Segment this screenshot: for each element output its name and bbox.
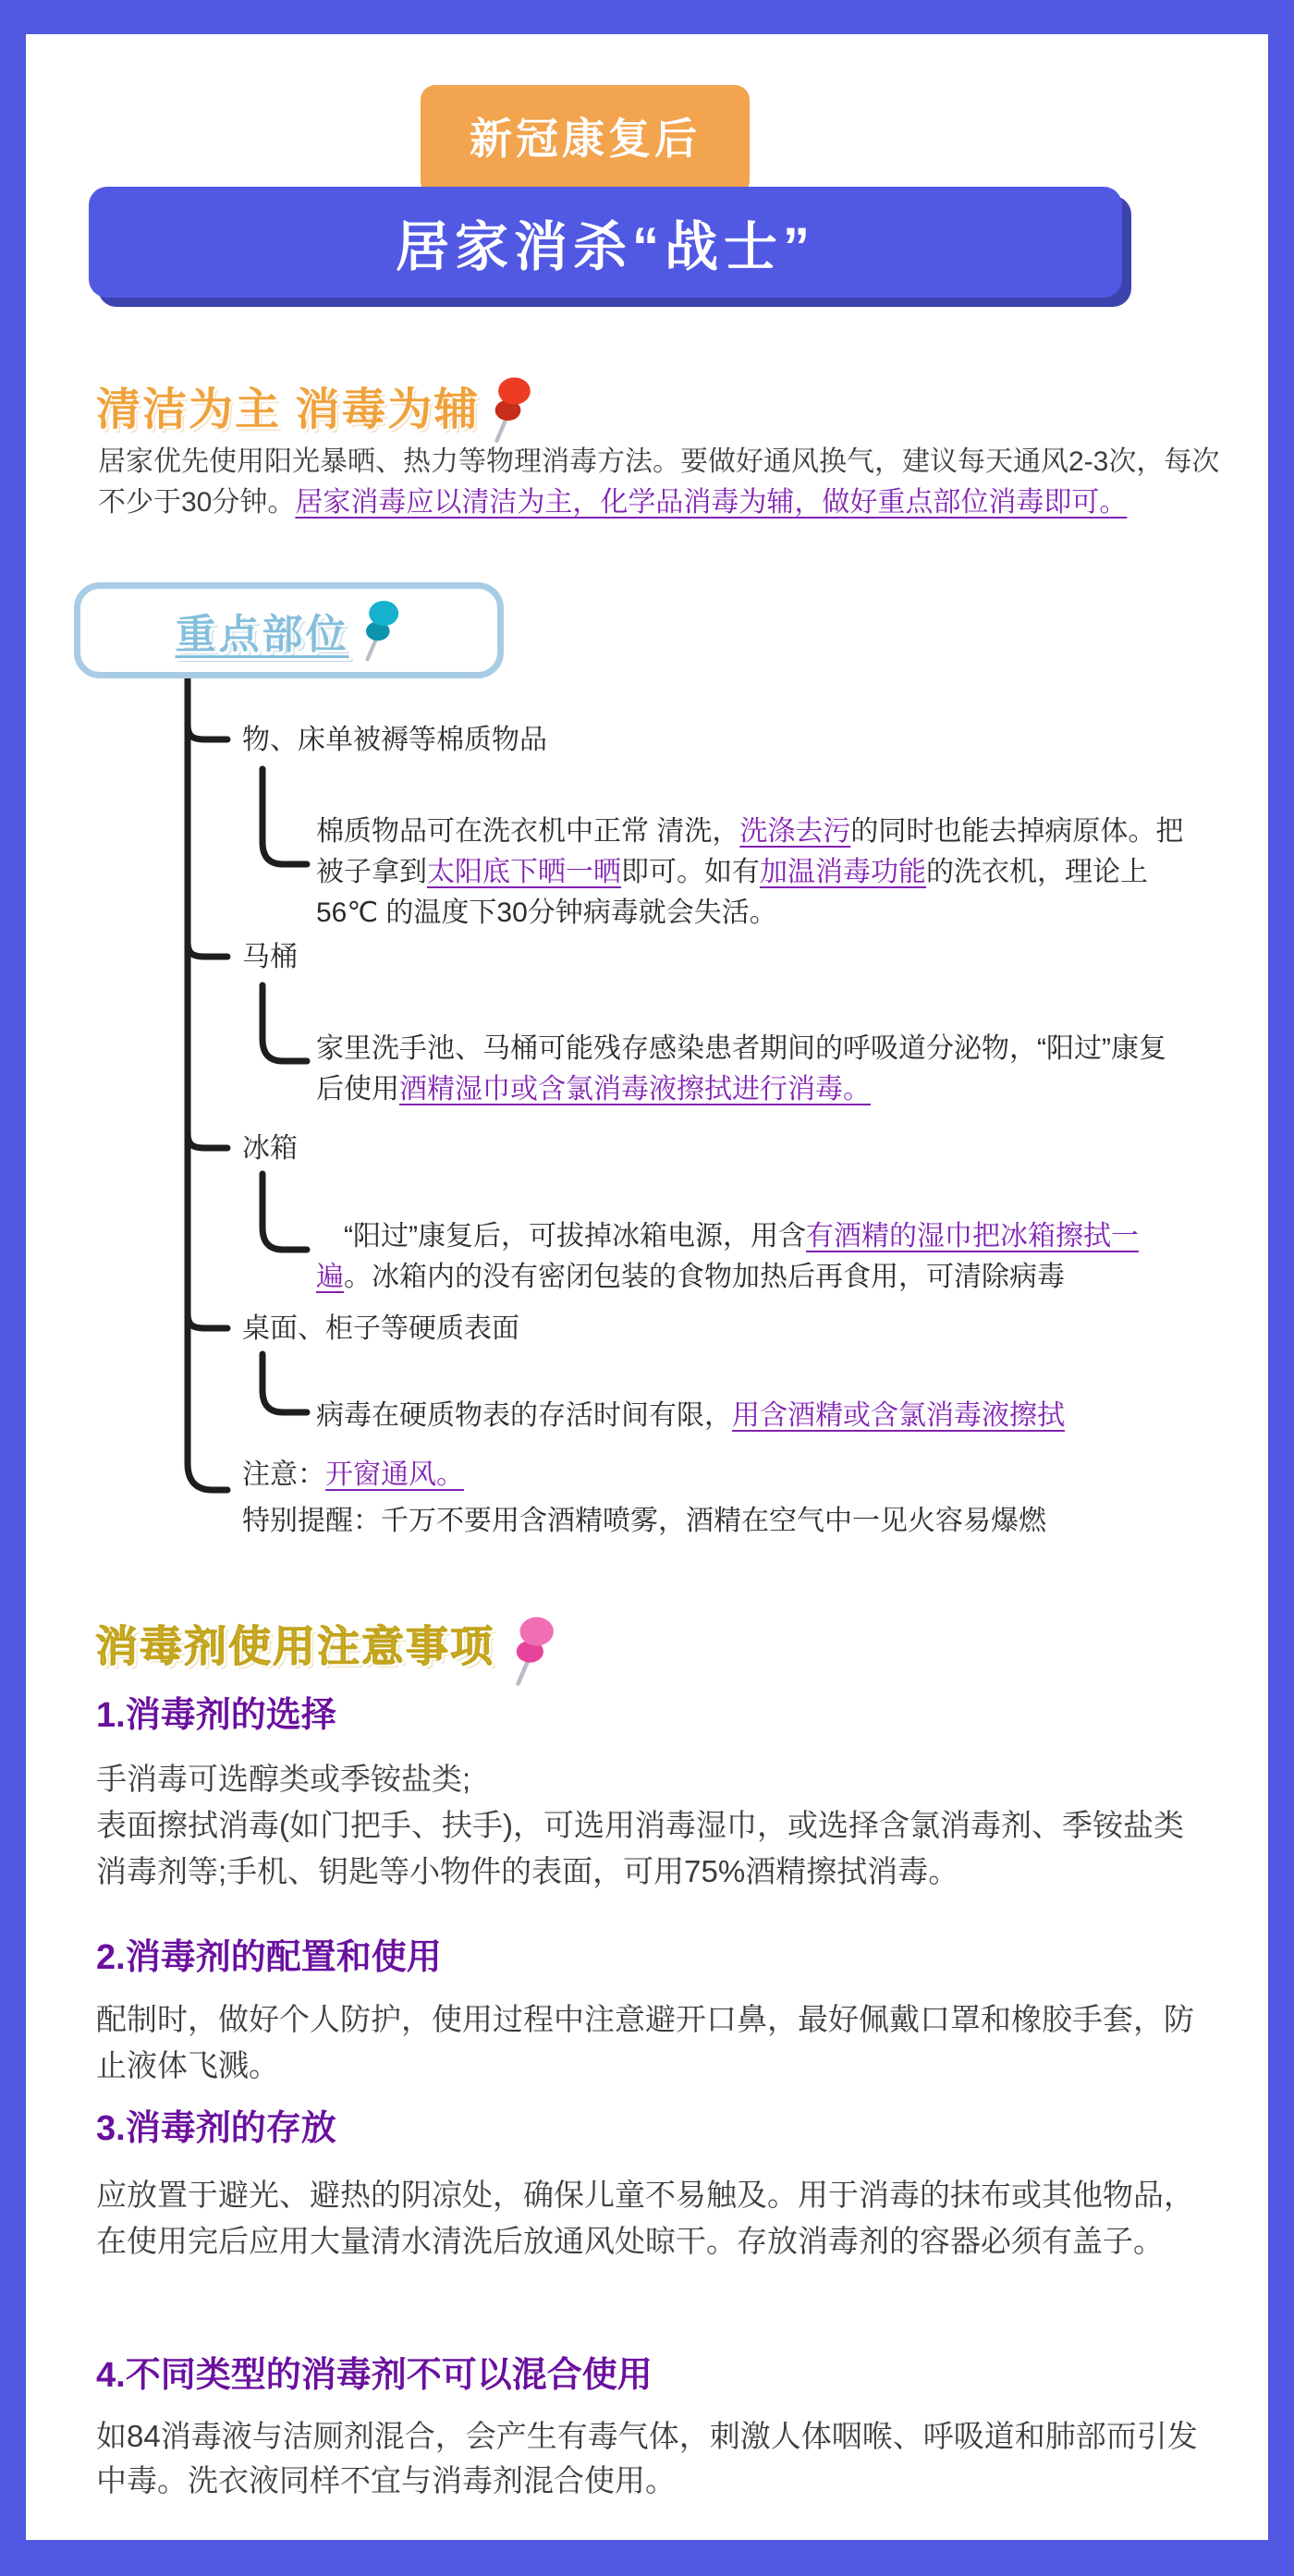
section1-heading: 清洁为主 消毒为辅 [96, 373, 480, 437]
focus-box-title: 重点部位 [176, 601, 349, 660]
plain-text: 特别提醒：千万不要用含酒精喷雾，酒精在空气中一见火容易爆燃 [242, 1506, 1046, 1536]
highlighted-text: 用含酒精或含氯消毒液擦拭 [732, 1400, 1065, 1431]
section1-paragraph: 居家优先使用阳光暴晒、热力等物理消毒方法。要做好通风换气，建议每天通风2-3次，… [98, 442, 1230, 523]
section1-heading-row: 清洁为主 消毒为辅 [96, 373, 535, 446]
frame-border-left [0, 0, 26, 2576]
plain-text: “阳过”康复后，可拔掉冰箱电源，用含 [316, 1221, 806, 1251]
plain-text: 棉质物品可在洗衣机中正常 清洗， [316, 816, 739, 847]
poster-page: 新冠康复后 居家消杀“战士” 清洁为主 消毒为辅 居家优先使用阳光暴晒、热力等物… [0, 0, 1294, 2576]
plain-text: 。冰箱内的没有密闭包装的食物加热后再食用，可清除病毒 [344, 1262, 1065, 1292]
section2-heading: 消毒剂使用注意事项 [95, 1613, 494, 1674]
highlighted-text: 居家消毒应以清洁为主，化学品消毒为辅，做好重点部位消毒即可。 [295, 487, 1127, 518]
subsection-title-4: 4.不同类型的消毒剂不可以混合使用 [96, 2355, 653, 2396]
focus-note-line2: 特别提醒：千万不要用含酒精喷雾，酒精在空气中一见火容易爆燃 [242, 1498, 1240, 1544]
subsection-title-3: 3.消毒剂的存放 [96, 2108, 336, 2149]
highlighted-text: 酒精湿巾或含氯消毒液擦拭进行消毒。 [399, 1074, 871, 1105]
focus-note-line1: 注意：开窗通风。 [242, 1452, 1240, 1498]
tree-connector-lines [166, 670, 351, 1502]
focus-item-detail-toilet: 家里洗手池、马桶可能残存感染患者期间的呼吸道分泌物，“阳过”康复后使用酒精湿巾或… [316, 1029, 1190, 1110]
frame-border-bottom [0, 2540, 1294, 2576]
red-pushpin-icon [487, 373, 535, 446]
section2-heading-row: 消毒剂使用注意事项 [95, 1613, 559, 1689]
page-title: 居家消杀“战士” [396, 203, 815, 281]
highlighted-text: 加温消毒功能 [760, 857, 926, 887]
highlighted-text: 洗涤去污 [739, 816, 850, 847]
focus-box: 重点部位 [74, 582, 504, 678]
subsection-title-1: 1.消毒剂的选择 [96, 1695, 336, 1736]
subsection-title-2: 2.消毒剂的配置和使用 [96, 1937, 442, 1978]
pink-pushpin-icon [507, 1613, 559, 1689]
subsection-body-3: 应放置于避光、避热的阴凉处，确保儿童不易触及。用于消毒的抹布或其他物品，在使用完… [96, 2172, 1210, 2265]
highlighted-text: 太阳底下晒一晒 [427, 857, 621, 887]
plain-text: 病毒在硬质物表的存活时间有限， [316, 1400, 732, 1431]
subsection-body-1: 手消毒可选醇类或季铵盐类; 表面擦拭消毒(如门把手、扶手)，可选用消毒湿巾，或选… [96, 1756, 1210, 1895]
focus-item-detail-cotton: 棉质物品可在洗衣机中正常 清洗，洗涤去污的同时也能去掉病原体。把被子拿到太阳底下… [316, 812, 1190, 934]
frame-border-right [1268, 0, 1294, 2576]
focus-item-detail-fridge: “阳过”康复后，可拔掉冰箱电源，用含有酒精的湿巾把冰箱擦拭一遍。冰箱内的没有密闭… [316, 1216, 1190, 1298]
plain-text: 即可。如有 [621, 857, 760, 887]
top-badge-label: 新冠康复后 [470, 105, 701, 166]
subsection-body-2: 配制时，做好个人防护，使用过程中注意避开口鼻，最好佩戴口罩和橡胶手套，防止液体飞… [96, 1996, 1210, 2089]
focus-note: 注意：开窗通风。 特别提醒：千万不要用含酒精喷雾，酒精在空气中一见火容易爆燃 [242, 1452, 1240, 1544]
frame-border-top [0, 0, 1294, 34]
focus-item-detail-surfaces: 病毒在硬质物表的存活时间有限，用含酒精或含氯消毒液擦拭 [316, 1396, 1190, 1436]
subsection-body-4: 如84消毒液与洁厕剂混合，会产生有毒气体，刺激人体咽喉、呼吸道和肺部而引发中毒。… [96, 2414, 1210, 2503]
top-badge: 新冠康复后 [421, 85, 750, 196]
title-banner: 居家消杀“战士” [89, 187, 1122, 298]
teal-pushpin-icon [359, 597, 403, 664]
